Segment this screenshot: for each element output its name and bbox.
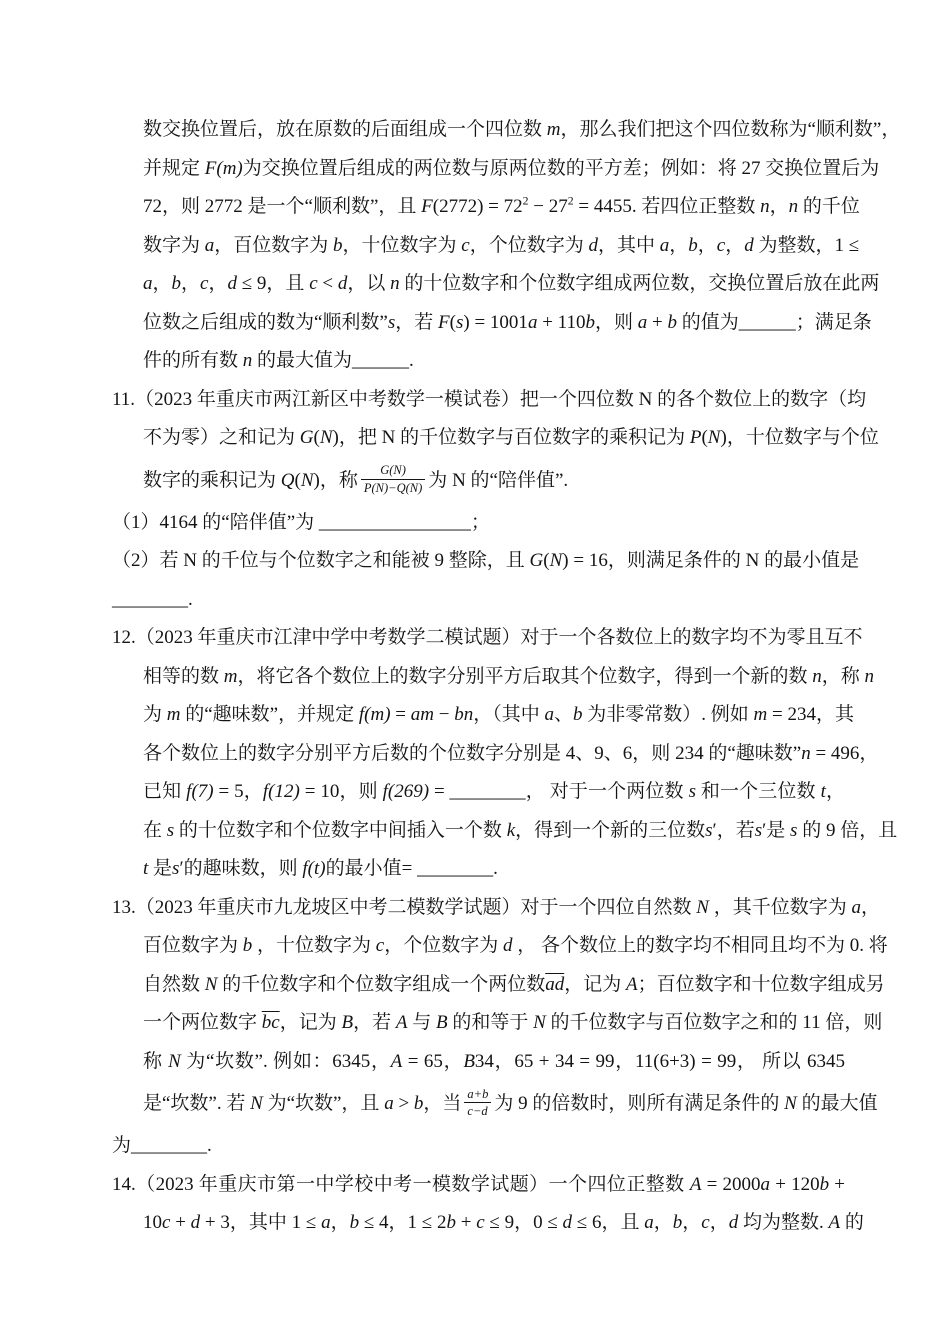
text-run: 的“趣味数” <box>704 743 802 764</box>
math-variable: N <box>301 470 314 491</box>
math-text: 27 <box>742 158 761 179</box>
math-variable: m <box>224 666 238 687</box>
math-text: 2023 <box>156 1174 194 1195</box>
math-variable: N <box>533 1012 546 1033</box>
fraction-denominator: c−d <box>464 1103 491 1118</box>
text-run: ， <box>615 1051 635 1072</box>
text-line: 为 m 的“趣味数”，并规定 f(m) = am − bn，（其中 a、b 为非… <box>143 696 845 735</box>
math-variable: N <box>708 427 721 448</box>
text-run: ， <box>244 781 263 802</box>
math-variable: s <box>689 781 696 802</box>
text-run: 不为零）之和记为 <box>143 427 300 448</box>
text-run: 的“陪伴值”. <box>466 470 568 491</box>
math-variable: F(m) <box>205 158 243 179</box>
text-line: （2）若 N 的千位与个位数字之和能被 9 整除，且 G(N) = 16，则满足… <box>112 542 845 581</box>
text-run: （ <box>136 627 155 648</box>
text-line: （1）4164 的“陪伴值”为 ________________； <box>112 504 845 543</box>
text-run: 是“坎数”. 若 <box>143 1093 250 1114</box>
text-run: （ <box>136 1174 156 1195</box>
math-text: ) = 1001 <box>463 312 528 333</box>
overline-number: ad <box>545 974 564 995</box>
fraction-denominator: P(N)−Q(N) <box>361 480 425 495</box>
text-run: 为 <box>494 1093 518 1114</box>
text-line: 百位数字为 b ，十位数字为 c，个位数字为 d ， 各个数位上的数字均不相同且… <box>143 927 845 966</box>
fraction-numerator: G(N) <box>361 463 425 479</box>
math-text: 9 <box>594 743 604 764</box>
math-text: N <box>183 550 197 571</box>
math-text: + <box>829 1174 845 1195</box>
math-variable: f(t) <box>302 858 325 879</box>
text-line: ________. <box>112 581 845 620</box>
math-variable: d <box>563 1212 573 1233</box>
math-text: 12. <box>112 627 136 648</box>
text-line: 一个两位数字 bc，记为 B，若 A 与 B 的和等于 N 的千位数字与百位数字… <box>143 1004 845 1043</box>
text-run: ， <box>710 1212 729 1233</box>
math-text: 9 <box>518 1093 528 1114</box>
math-variable: d <box>589 235 599 256</box>
math-text: ≤ 9 <box>485 1212 514 1233</box>
text-run: ，称 <box>320 470 358 491</box>
math-variable: d <box>191 1212 201 1233</box>
answer-blank: ______ <box>352 350 409 371</box>
text-run: （2）若 <box>112 550 183 571</box>
text-run: 年重庆市第一中学校中考一模数学试题）一个四位正整数 <box>194 1174 690 1195</box>
text-run: ，则 <box>339 781 382 802</box>
math-text: 2023 <box>155 897 193 918</box>
math-variable: b <box>446 1212 456 1233</box>
math-fraction: a+bc−d <box>464 1087 491 1119</box>
text-run: ，将它各个数位上的数字分别平方后取其个位数字，得到一个新的数 <box>238 666 813 687</box>
math-text: 11(6+3) = 99 <box>635 1051 736 1072</box>
math-variable: m <box>167 704 181 725</box>
math-variable: N <box>168 1051 181 1072</box>
text-run: ，以 <box>347 273 390 294</box>
text-run: ， <box>682 1212 701 1233</box>
math-variable: d <box>227 273 237 294</box>
text-run: ， <box>669 235 688 256</box>
math-text: 4164 <box>160 512 198 533</box>
text-run: 和一个三位数 <box>696 781 821 802</box>
text-run: 是一个“顺利数”，且 <box>243 196 421 217</box>
text-run: 的趣味数，则 <box>184 858 303 879</box>
math-variable: A <box>828 1212 840 1233</box>
text-run: 一个两位数字 <box>143 1012 262 1033</box>
math-variable: F <box>421 196 433 217</box>
math-variable: n <box>865 666 875 687</box>
math-variable: b <box>172 273 182 294</box>
text-run: 的最小值是 <box>759 550 859 571</box>
math-text: ≤ 6 <box>572 1212 601 1233</box>
math-variable: B <box>436 1012 448 1033</box>
math-variable: a <box>321 1212 331 1233</box>
math-variable: s <box>705 820 712 841</box>
math-text: 2023 <box>154 389 192 410</box>
math-variable: B <box>341 1012 353 1033</box>
math-variable: c <box>376 935 384 956</box>
text-run: ，则 <box>632 743 675 764</box>
text-run: 的值为 <box>677 312 739 333</box>
text-run: ，若 <box>353 1012 396 1033</box>
text-run: ， <box>331 1212 350 1233</box>
problem-14: 14.（2023 年重庆市第一中学校中考一模数学试题）一个四位正整数 A = 2… <box>0 1166 950 1243</box>
math-text: = 2000 <box>701 1174 760 1195</box>
text-line: 是“坎数”. 若 N 为“坎数”，且 a > b，当a+bc−d为 9 的倍数时… <box>143 1081 845 1127</box>
math-variable: a <box>660 235 670 256</box>
text-line: 各个数位上的数字分别平方后数的个位数字分别是 4、9、6，则 234 的“趣味数… <box>143 735 845 774</box>
text-run: ，且 <box>601 1212 644 1233</box>
text-run: ， <box>861 897 880 918</box>
math-variable: A <box>690 1174 702 1195</box>
text-run: 与 <box>407 1012 436 1033</box>
text-run: ，个位数字为 <box>470 235 589 256</box>
text-run: 交换位置后为 <box>761 158 880 179</box>
problem-13: 13.（2023 年重庆市九龙坡区中考二模数学试题）对于一个四位自然数 N ，其… <box>0 889 950 1166</box>
text-line: 相等的数 m，将它各个数位上的数字分别平方后取其个位数字，得到一个新的数 n，称… <box>143 658 845 697</box>
text-line: 14.（2023 年重庆市第一中学校中考一模数学试题）一个四位正整数 A = 2… <box>112 1166 845 1205</box>
math-variable: c <box>309 273 317 294</box>
text-run: （1） <box>112 512 160 533</box>
math-text: = 234 <box>767 704 816 725</box>
text-run: 倍，且 <box>835 820 897 841</box>
text-run: ；百位数字和十位数字组成另 <box>638 974 885 995</box>
document-body: 数交换位置后，放在原数的后面组成一个四位数 m，那么我们把这个四位数称为“顺利数… <box>0 0 950 1243</box>
text-run: 各个数位上的数字分别平方后数的个位数字分别是 <box>143 743 566 764</box>
math-variable: N <box>250 1093 263 1114</box>
text-run: 的最大值 <box>797 1093 878 1114</box>
math-variable: f(269) <box>383 781 429 802</box>
math-text: 65 + 34 = 99 <box>514 1051 614 1072</box>
text-run: ，其中 <box>230 1212 292 1233</box>
text-run: ， <box>181 273 200 294</box>
math-text: 1 ≤ <box>292 1212 321 1233</box>
continuation-lucky-number: 数交换位置后，放在原数的后面组成一个四位数 m，那么我们把这个四位数称为“顺利数… <box>0 111 950 381</box>
math-variable: b <box>350 1212 360 1233</box>
math-variable: b <box>414 1093 424 1114</box>
math-text: + 120 <box>770 1174 820 1195</box>
math-variable: n <box>801 743 811 764</box>
math-variable: c <box>701 1212 709 1233</box>
text-run: ，那么我们把这个四位数称为“顺利数”， <box>561 119 901 140</box>
text-run: 是 <box>766 820 790 841</box>
text-run: 年重庆市九龙坡区中考二模数学试题）对于一个四位自然数 <box>193 897 697 918</box>
text-run: 并规定 <box>143 158 205 179</box>
text-line: 13.（2023 年重庆市九龙坡区中考二模数学试题）对于一个四位自然数 N ，其… <box>112 889 845 928</box>
text-run: ，记为 <box>280 1012 342 1033</box>
math-variable: b <box>820 1174 830 1195</box>
text-run: 的 <box>840 1212 864 1233</box>
math-text: = 4455. <box>574 196 637 217</box>
text-run: 为整数， <box>754 235 835 256</box>
math-variable: n <box>812 666 822 687</box>
text-run: 的千位数字与百位数字的乘积记为 <box>395 427 690 448</box>
text-run: 为“坎数”，且 <box>263 1093 384 1114</box>
math-variable: A <box>396 1012 408 1033</box>
text-run: ，则 <box>162 196 205 217</box>
math-variable: a <box>205 235 215 256</box>
answer-blank: ________. <box>112 589 193 610</box>
text-line: 称 N 为“坎数”. 例如：6345，A = 65，B34，65 + 34 = … <box>143 1043 845 1082</box>
text-run: ， <box>370 1051 390 1072</box>
text-run: 、 <box>554 704 573 725</box>
text-run: ，（其中 <box>473 704 544 725</box>
math-text: N <box>639 389 653 410</box>
math-text: 10 <box>143 1212 162 1233</box>
math-text: 9 <box>435 550 445 571</box>
text-run: 年重庆市江津中学中考数学二模试题）对于一个各数位上的数字均不为零且互不 <box>193 627 863 648</box>
text-run: ， <box>859 743 878 764</box>
math-variable: s <box>755 820 762 841</box>
fraction-numerator: a+b <box>464 1087 491 1103</box>
text-run: 自然数 <box>143 974 205 995</box>
text-line: 位数之后组成的数为“顺利数”s，若 F(s) = 1001a + 110b，则 … <box>143 304 845 343</box>
text-line: 数字的乘积记为 Q(N)，称G(N)P(N)−Q(N)为 N 的“陪伴值”. <box>143 458 845 504</box>
text-run: 的十位数字和个位数字中间插入一个数 <box>174 820 507 841</box>
math-variable: f(m) <box>359 704 391 725</box>
text-run: ， <box>654 1212 673 1233</box>
text-run: ， <box>770 196 789 217</box>
text-line: 11.（2023 年重庆市两江新区中考数学一模试卷）把一个四位数 N 的各个数位… <box>112 381 845 420</box>
text-run: 的千位与个位数字之和能被 <box>197 550 435 571</box>
math-text: 72 <box>143 196 162 217</box>
math-variable: n <box>243 350 253 371</box>
text-run: 的“陪伴值”为 <box>198 512 319 533</box>
math-variable: F <box>438 312 450 333</box>
text-run: 的和等于 <box>448 1012 534 1033</box>
math-variable: c <box>476 1212 484 1233</box>
text-run: 的千位数字与百位数字之和的 <box>546 1012 803 1033</box>
text-run: 位数之后组成的数为“顺利数” <box>143 312 388 333</box>
math-text: 1 ≤ <box>835 235 860 256</box>
text-run: ，十位数字与个位 <box>727 427 879 448</box>
text-line: t 是s′的趣味数，则 f(t)的最小值= ________. <box>143 850 845 889</box>
text-run: ，若 <box>717 820 755 841</box>
text-run: ，把 <box>339 427 382 448</box>
math-variable: B <box>463 1051 475 1072</box>
math-text: = 496 <box>811 743 860 764</box>
math-text: 13. <box>112 897 136 918</box>
math-variable: a <box>544 704 554 725</box>
math-text: 4 <box>566 743 576 764</box>
math-text: 1 ≤ 2 <box>408 1212 447 1233</box>
text-run: 的十位数字和个位数字组成两位数，交换位置后放在此两 <box>400 273 880 294</box>
problem-11: 11.（2023 年重庆市两江新区中考数学一模试卷）把一个四位数 N 的各个数位… <box>0 381 950 620</box>
text-run: ，得到一个新的三位数 <box>515 820 705 841</box>
math-variable: G <box>530 550 544 571</box>
math-text: 6345 <box>807 1051 845 1072</box>
math-variable: P <box>690 427 702 448</box>
math-variable: b <box>688 235 698 256</box>
math-text: N <box>746 550 760 571</box>
text-run: 若四位正整数 <box>637 196 761 217</box>
text-line: 件的所有数 n 的最大值为______. <box>143 342 845 381</box>
text-run: ， <box>826 781 845 802</box>
math-text: N <box>452 470 466 491</box>
math-variable: a <box>143 273 153 294</box>
text-run: 、 <box>575 743 594 764</box>
math-variable: m <box>754 704 768 725</box>
math-variable: a <box>528 312 538 333</box>
math-variable: b <box>673 1212 683 1233</box>
text-run: 数字的乘积记为 <box>143 470 281 491</box>
text-run: 百位数字为 <box>143 935 243 956</box>
math-variable: m <box>547 119 561 140</box>
text-run: . <box>409 350 414 371</box>
text-run: 的各个数位上的数字（均 <box>652 389 866 410</box>
math-variable: N <box>550 550 563 571</box>
answer-blank: ________ <box>131 1135 207 1156</box>
math-text: 34 <box>475 1051 494 1072</box>
math-variable: c <box>717 235 725 256</box>
text-run: （ <box>135 389 154 410</box>
text-run: 均为整数. <box>738 1212 828 1233</box>
math-text: < <box>318 273 338 294</box>
math-variable: b <box>243 935 253 956</box>
text-run: （ <box>136 897 155 918</box>
math-text: 2023 <box>155 627 193 648</box>
text-line: 不为零）之和记为 G(N)，把 N 的千位数字与百位数字的乘积记为 P(N)，十… <box>143 419 845 458</box>
answer-blank: ________ <box>417 858 493 879</box>
text-run: ；满足条 <box>796 312 872 333</box>
text-run: 为“坎数”. 例如： <box>181 1051 332 1072</box>
text-run: 为交换位置后组成的两位数与原两位数的平方差；例如：将 <box>243 158 742 179</box>
text-run: 倍，则 <box>821 1012 883 1033</box>
math-text: 6345 <box>332 1051 370 1072</box>
math-variable: G <box>300 427 314 448</box>
math-text: = 10 <box>300 781 340 802</box>
text-run: 、 <box>604 743 623 764</box>
problem-12: 12.（2023 年重庆市江津中学中考数学二模试题）对于一个各数位上的数字均不为… <box>0 619 950 889</box>
math-text: 234 <box>675 743 704 764</box>
text-run: 为 <box>428 470 452 491</box>
text-line: 并规定 F(m)为交换位置后组成的两位数与原两位数的平方差；例如：将 27 交换… <box>143 150 845 189</box>
text-run: ，称 <box>822 666 865 687</box>
text-run: 相等的数 <box>143 666 224 687</box>
text-run: ， <box>698 235 717 256</box>
text-run: ， 所以 <box>736 1051 807 1072</box>
math-text: 0 ≤ <box>533 1212 562 1233</box>
math-text: N <box>382 427 396 448</box>
math-variable: a <box>644 1212 654 1233</box>
math-text: + 3 <box>200 1212 230 1233</box>
math-variable: a <box>761 1174 771 1195</box>
text-run: ， <box>153 273 172 294</box>
text-run: ，其千位数字为 <box>709 897 852 918</box>
text-run: 为非零常数）. 例如 <box>582 704 753 725</box>
text-run: 在 <box>143 820 167 841</box>
math-text: 11 <box>802 1012 820 1033</box>
math-text: 2772 <box>205 196 243 217</box>
math-text: 6 <box>623 743 633 764</box>
overline-number: bc <box>262 1012 280 1033</box>
math-variable: Q <box>281 470 295 491</box>
math-variable: n <box>789 196 799 217</box>
text-run: ， <box>443 1051 463 1072</box>
math-text: + <box>456 1212 476 1233</box>
math-variable: d <box>338 273 348 294</box>
math-variable: n <box>390 273 400 294</box>
text-run: 已知 <box>143 781 186 802</box>
text-run: ，则满足条件的 <box>608 550 746 571</box>
math-variable: c <box>461 235 469 256</box>
math-variable: a <box>384 1093 394 1114</box>
text-run: ， <box>389 1212 408 1233</box>
math-variable: k <box>507 820 515 841</box>
text-run: ， 各个数位上的数字均不相同且均不为 <box>512 935 849 956</box>
math-variable: a <box>851 897 861 918</box>
math-variable: A <box>626 974 638 995</box>
document-page: 数交换位置后，放在原数的后面组成一个四位数 m，那么我们把这个四位数称为“顺利数… <box>0 0 950 1344</box>
math-variable: N <box>205 974 218 995</box>
math-text: − <box>434 704 454 725</box>
answer-blank: = ________ <box>429 781 526 802</box>
text-line: 自然数 N 的千位数字和个位数字组成一个两位数ad，记为 A；百位数字和十位数字… <box>143 966 845 1005</box>
text-run: 的最大值为 <box>252 350 352 371</box>
math-text: (2772) = 72 <box>433 196 523 217</box>
math-text: = 65 <box>402 1051 443 1072</box>
text-run: ， <box>494 1051 514 1072</box>
text-run: 整除，且 <box>444 550 530 571</box>
text-line: 已知 f(7) = 5，f(12) = 10，则 f(269) = ______… <box>143 773 845 812</box>
text-run: 年重庆市两江新区中考数学一模试卷）把一个四位数 <box>192 389 639 410</box>
math-text: = 5 <box>214 781 244 802</box>
text-run: . <box>493 858 498 879</box>
answer-blank: ________________ <box>319 512 471 533</box>
text-run: 为 <box>143 704 167 725</box>
text-run: ； <box>471 512 490 533</box>
text-run: 数字为 <box>143 235 205 256</box>
math-variable: a <box>638 312 648 333</box>
math-variable: N <box>784 1093 797 1114</box>
math-variable: bn <box>454 704 473 725</box>
text-run: ，则 <box>595 312 638 333</box>
text-run: 的千位 <box>798 196 860 217</box>
text-run: ，十位数字为 <box>252 935 376 956</box>
math-text: 14. <box>112 1174 136 1195</box>
math-variable: f(7) <box>186 781 213 802</box>
text-line: a，b，c，d ≤ 9，且 c < d，以 n 的十位数字和个位数字组成两位数，… <box>143 265 845 304</box>
math-variable: f(12) <box>263 781 300 802</box>
text-run: ， 对于一个两位数 <box>526 781 689 802</box>
text-run: ， <box>725 235 744 256</box>
text-run: 的倍数时，则所有满足条件的 <box>528 1093 785 1114</box>
text-line: 数交换位置后，放在原数的后面组成一个四位数 m，那么我们把这个四位数称为“顺利数… <box>143 111 845 150</box>
text-run: 称 <box>143 1051 168 1072</box>
math-text: > <box>394 1093 414 1114</box>
math-variable: n <box>760 196 770 217</box>
text-run: ，且 <box>266 273 309 294</box>
text-run: 是 <box>148 858 172 879</box>
text-run: 的千位数字和个位数字组成一个两位数 <box>217 974 545 995</box>
math-text: + <box>647 312 667 333</box>
text-run: ，其 <box>816 704 854 725</box>
answer-blank: ______ <box>739 312 796 333</box>
text-line: 在 s 的十位数字和个位数字中间插入一个数 k，得到一个新的三位数s′，若s′是… <box>143 812 845 851</box>
math-variable: N <box>320 427 333 448</box>
text-line: 72，则 2772 是一个“顺利数”，且 F(2772) = 722 − 272… <box>143 188 845 227</box>
math-text: 11. <box>112 389 135 410</box>
text-run: 的“趣味数”，并规定 <box>181 704 359 725</box>
text-line: 10c + d + 3，其中 1 ≤ a，b ≤ 4，1 ≤ 2b + c ≤ … <box>143 1204 845 1243</box>
math-text: + 110 <box>537 312 585 333</box>
math-text: ) = 16 <box>562 550 608 571</box>
text-run: ，记为 <box>564 974 626 995</box>
math-text: 0 <box>850 935 860 956</box>
text-run: . <box>207 1135 212 1156</box>
math-variable: A <box>391 1051 403 1072</box>
text-run: ，十位数字为 <box>343 235 462 256</box>
math-text: ≤ 9 <box>237 273 266 294</box>
text-run: ， <box>208 273 227 294</box>
